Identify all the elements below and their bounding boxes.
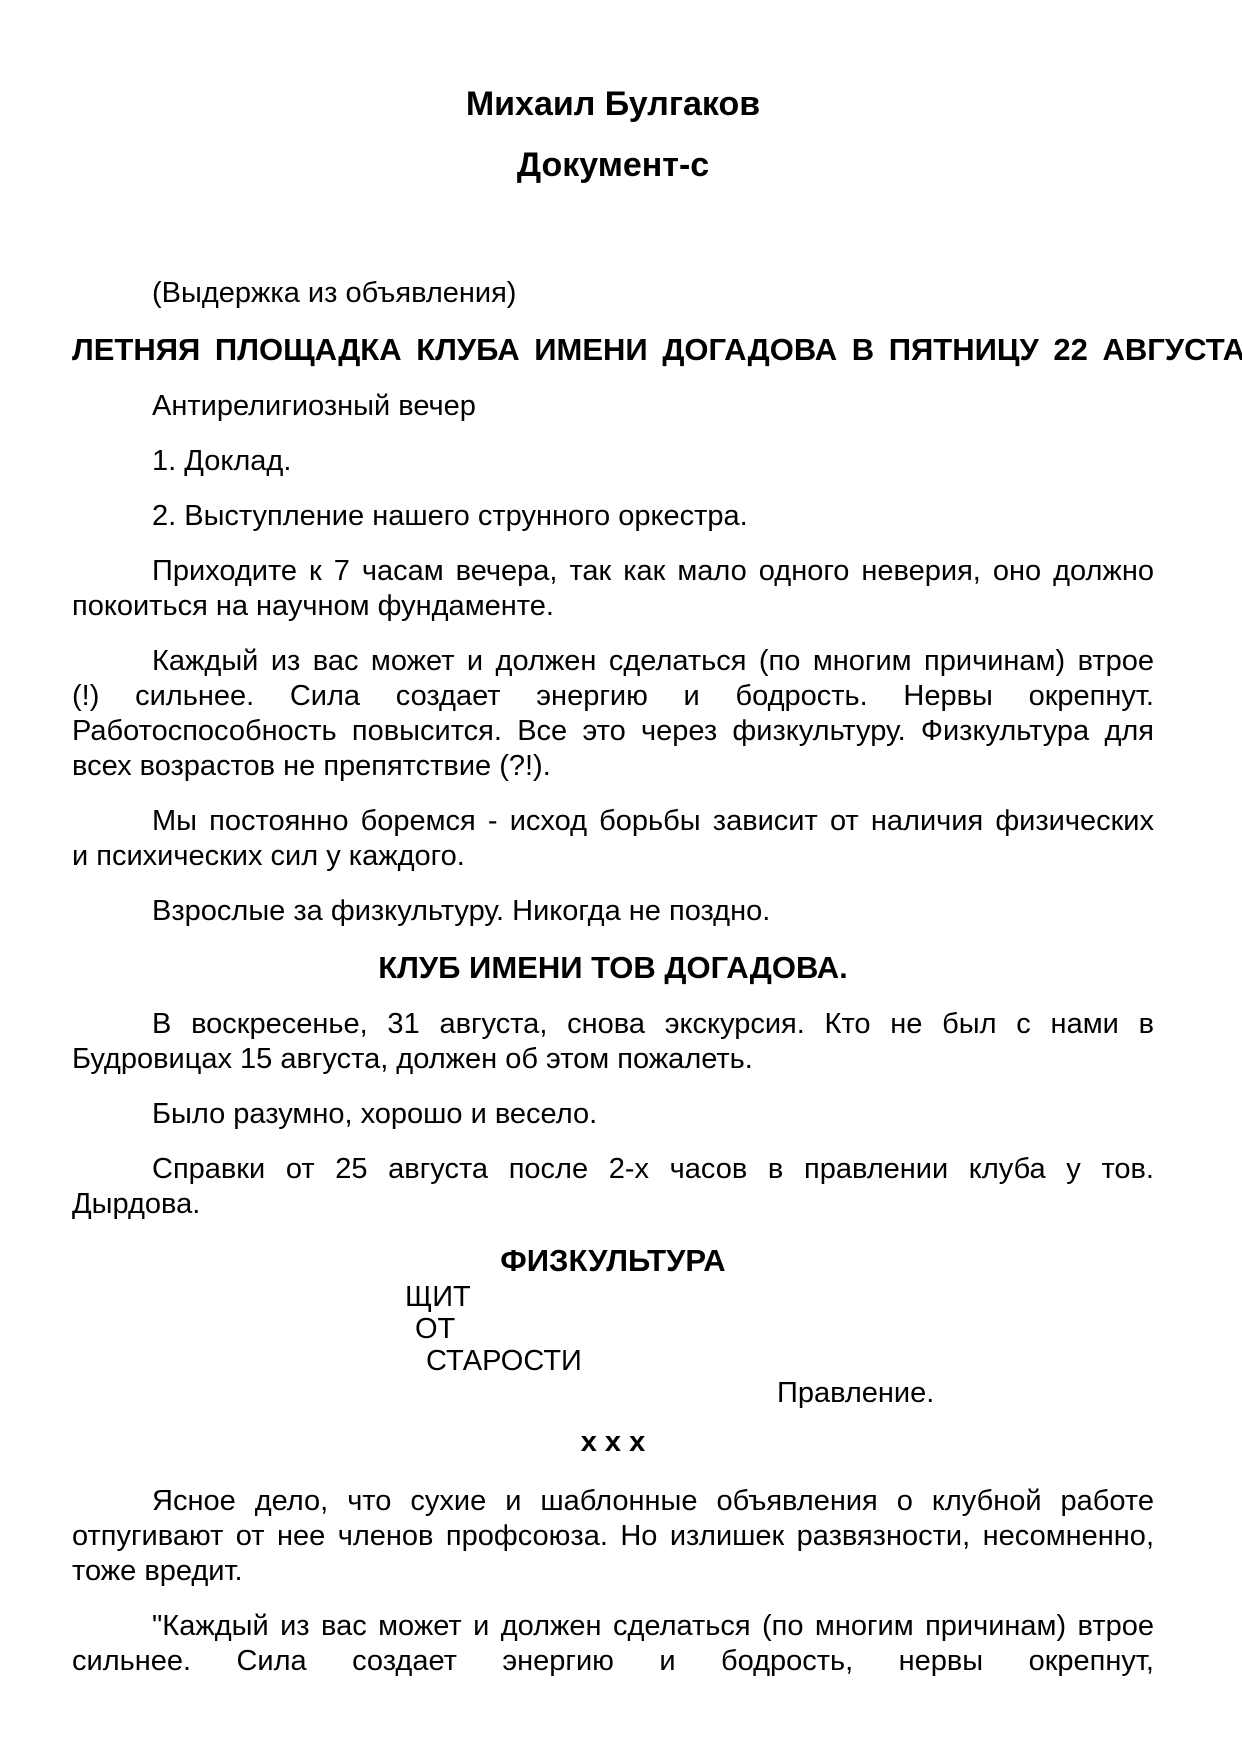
program-item-1: 1. Доклад. [72, 444, 1154, 479]
author-line: Михаил Булгаков [72, 84, 1154, 125]
paragraph-inquiries: Справки от 25 августа после 2-х часов в … [72, 1152, 1154, 1222]
paragraph-excursion: В воскресенье, 31 августа, снова экскурс… [72, 1007, 1154, 1077]
blank-line-spacer [72, 206, 1154, 276]
fizkultura-heading: ФИЗКУЛЬТУРА [72, 1242, 1154, 1280]
shield-line-2: ОТ [415, 1313, 1154, 1345]
excerpt-note: (Выдержка из объявления) [72, 276, 1154, 311]
xxx-separator: х х х [72, 1425, 1154, 1460]
shield-line-1: ЩИТ [405, 1281, 1154, 1313]
shield-line-3: СТАРОСТИ [426, 1345, 1154, 1377]
paragraph-quote: "Каждый из вас может и должен сделаться … [72, 1609, 1154, 1679]
fun-line: Было разумно, хорошо и весело. [72, 1097, 1154, 1132]
signature-line: Правление. [777, 1377, 1154, 1409]
program-item-2: 2. Выступление нашего струнного оркестра… [72, 499, 1154, 534]
evening-subtitle: Антирелигиозный вечер [72, 389, 1154, 424]
paragraph-comment: Ясное дело, что сухие и шаблонные объявл… [72, 1484, 1154, 1589]
document-page: Михаил Булгаков Документ-с (Выдержка из … [0, 0, 1242, 1755]
document-title: Документ-с [72, 145, 1154, 186]
paragraph-struggle: Мы постоянно боремся - исход борьбы зави… [72, 804, 1154, 874]
paragraph-invite: Приходите к 7 часам вечера, так как мало… [72, 554, 1154, 624]
adults-line: Взрослые за физкультуру. Никогда не позд… [72, 894, 1154, 929]
announcement-headline: ЛЕТНЯЯ ПЛОЩАДКА КЛУБА ИМЕНИ ДОГАДОВА В П… [72, 331, 1154, 369]
club-heading: КЛУБ ИМЕНИ ТОВ ДОГАДОВА. [72, 949, 1154, 987]
paragraph-strength: Каждый из вас может и должен сделаться (… [72, 644, 1154, 784]
